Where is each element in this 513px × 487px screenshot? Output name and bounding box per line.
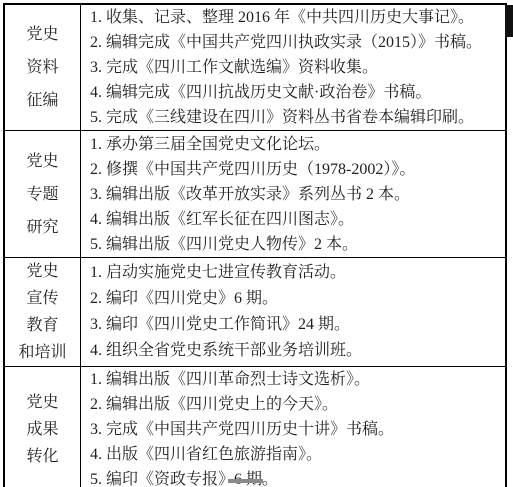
row-header-line: 党史 xyxy=(5,145,80,178)
row-header-cell: 党史 成果 转化 xyxy=(4,367,81,487)
row-header-line: 党史 xyxy=(5,258,80,285)
row-header-line: 党史 xyxy=(5,18,80,51)
table-row: 党史 专题 研究 1. 承办第三届全国党史文化论坛。 2. 修撰《中国共产党四川… xyxy=(4,131,506,258)
row-header-line: 转化 xyxy=(5,443,80,470)
list-item: 5. 完成《三线建设在四川》资料丛书省卷本编辑印刷。 xyxy=(90,105,503,130)
scrollbar-artifact xyxy=(228,479,263,483)
list-item: 3. 完成《中国共产党四川历史十讲》书稿。 xyxy=(90,417,503,442)
row-header-line: 研究 xyxy=(5,211,80,244)
list-item: 2. 编印《四川党史》6 期。 xyxy=(90,286,503,312)
row-content-cell: 1. 收集、记录、整理 2016 年《中共四川历史大事记》。 2. 编辑完成《中… xyxy=(81,4,507,131)
list-item: 2. 编辑出版《四川党史上的今天》。 xyxy=(90,392,503,417)
list-item: 2. 编辑完成《中国共产党四川执政实录（2015）》书稿。 xyxy=(90,30,503,55)
list-item: 4. 编辑出版《红军长征在四川图志》。 xyxy=(90,207,503,232)
row-header-line: 教育 xyxy=(5,312,80,339)
list-item: 3. 编印《四川党史工作简讯》24 期。 xyxy=(90,312,503,338)
row-header-line: 成果 xyxy=(5,416,80,443)
row-header-cell: 党史 专题 研究 xyxy=(4,131,81,258)
row-header-line: 党史 xyxy=(5,389,80,416)
list-item: 5. 编印《资政专报》6 期。 xyxy=(90,467,503,487)
table-row: 党史 成果 转化 1. 编辑出版《四川革命烈士诗文选析》。 2. 编辑出版《四川… xyxy=(4,367,506,487)
table-row: 党史 宣传 教育 和培训 1. 启动实施党史七进宣传教育活动。 2. 编印《四川… xyxy=(4,258,506,367)
item-list: 1. 收集、记录、整理 2016 年《中共四川历史大事记》。 2. 编辑完成《中… xyxy=(81,5,505,130)
row-header-line: 征编 xyxy=(5,84,80,117)
row-content-cell: 1. 启动实施党史七进宣传教育活动。 2. 编印《四川党史》6 期。 3. 编印… xyxy=(81,258,507,367)
row-header-line: 资料 xyxy=(5,51,80,84)
list-item: 1. 承办第三届全国党史文化论坛。 xyxy=(90,132,503,157)
cursor-marker xyxy=(505,5,513,37)
item-list: 1. 启动实施党史七进宣传教育活动。 2. 编印《四川党史》6 期。 3. 编印… xyxy=(81,258,505,366)
list-item: 3. 完成《四川工作文献选编》资料收集。 xyxy=(90,55,503,80)
list-item: 1. 编辑出版《四川革命烈士诗文选析》。 xyxy=(90,367,503,392)
list-item: 1. 启动实施党史七进宣传教育活动。 xyxy=(90,260,503,286)
table-row: 党史 资料 征编 1. 收集、记录、整理 2016 年《中共四川历史大事记》。 … xyxy=(4,4,506,131)
table-body: 党史 资料 征编 1. 收集、记录、整理 2016 年《中共四川历史大事记》。 … xyxy=(4,4,506,487)
item-list: 1. 编辑出版《四川革命烈士诗文选析》。 2. 编辑出版《四川党史上的今天》。 … xyxy=(81,367,505,487)
row-header-cell: 党史 资料 征编 xyxy=(4,4,81,131)
row-content-cell: 1. 编辑出版《四川革命烈士诗文选析》。 2. 编辑出版《四川党史上的今天》。 … xyxy=(81,367,507,487)
item-list: 1. 承办第三届全国党史文化论坛。 2. 修撰《中国共产党四川历史（1978-2… xyxy=(81,131,505,257)
list-item: 1. 收集、记录、整理 2016 年《中共四川历史大事记》。 xyxy=(90,5,503,30)
list-item: 5. 编辑出版《四川党史人物传》2 本。 xyxy=(90,232,503,257)
list-item: 4. 组织全省党史系统干部业务培训班。 xyxy=(90,338,503,364)
list-item: 2. 修撰《中国共产党四川历史（1978-2002）》。 xyxy=(90,157,503,182)
list-item: 3. 编辑出版《改革开放实录》系列丛书 2 本。 xyxy=(90,182,503,207)
row-content-cell: 1. 承办第三届全国党史文化论坛。 2. 修撰《中国共产党四川历史（1978-2… xyxy=(81,131,507,258)
work-summary-table: 党史 资料 征编 1. 收集、记录、整理 2016 年《中共四川历史大事记》。 … xyxy=(3,3,507,487)
list-item: 4. 编辑完成《四川抗战历史文献·政治卷》书稿。 xyxy=(90,80,503,105)
row-header-line: 和培训 xyxy=(5,339,80,366)
row-header-line: 宣传 xyxy=(5,285,80,312)
list-item: 4. 出版《四川省红色旅游指南》。 xyxy=(90,442,503,467)
row-header-cell: 党史 宣传 教育 和培训 xyxy=(4,258,81,367)
row-header-line: 专题 xyxy=(5,178,80,211)
